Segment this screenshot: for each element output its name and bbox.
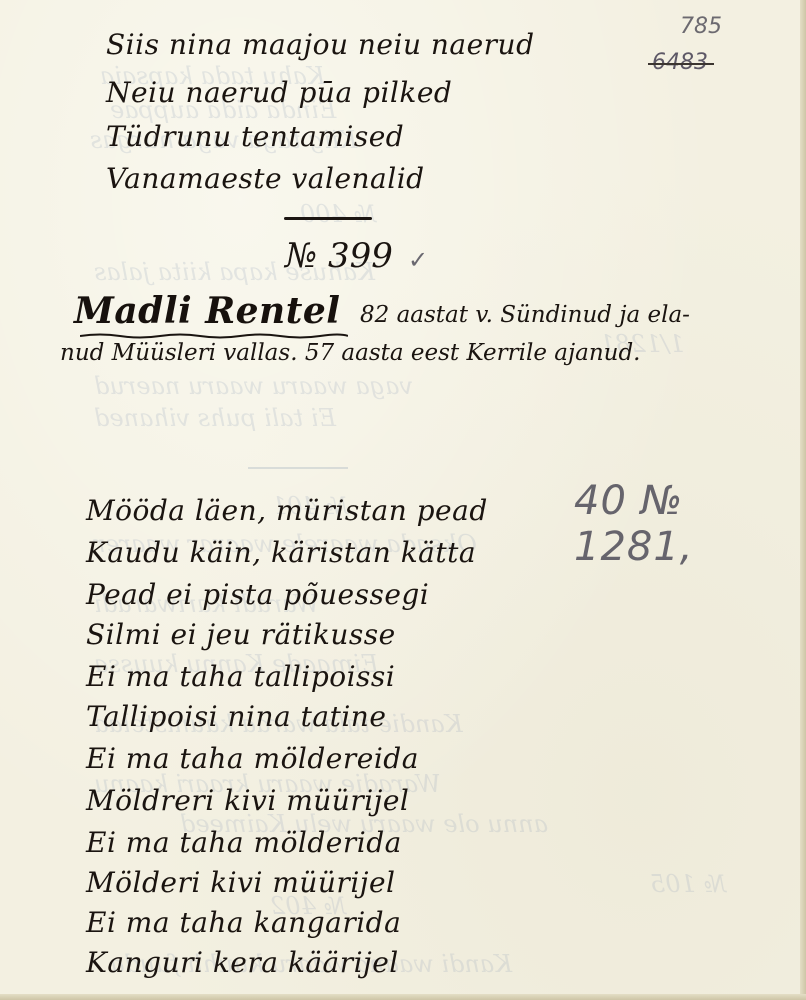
singer-info-line: nud Müüsleri vallas. 57 aasta eest Kerri… xyxy=(60,340,641,366)
manuscript-page: Kahu tada kapsaia Einda aida auppae Kiig… xyxy=(0,0,800,994)
bleed-through-text: № 105 xyxy=(650,870,726,898)
strikethrough-line xyxy=(648,63,714,65)
wavy-underline xyxy=(80,333,348,339)
verse-line: Ei ma taha möldereida xyxy=(86,742,419,775)
verse-line: Neiu naerud pūa pilked xyxy=(106,76,452,109)
bleed-through-text: vaga waaru waaru naerud xyxy=(94,372,413,400)
verse-line: Ei ma taha kangarida xyxy=(86,906,401,939)
verse-line: Siis nina maajou neiu naerud xyxy=(106,28,535,61)
archive-reference-number: 40 № 1281, xyxy=(574,478,800,570)
old-page-number-struck: 6483 xyxy=(652,50,708,75)
verse-line: Kanguri kera käärijel xyxy=(86,946,399,979)
verse-line: Möldreri kivi müürijel xyxy=(86,784,409,817)
page-number: 785 xyxy=(680,14,722,39)
check-mark-icon: ✓ xyxy=(408,246,428,274)
section-divider xyxy=(284,217,372,220)
page-edge-right xyxy=(800,0,806,1000)
verse-line: Ei ma taha mölderida xyxy=(86,826,402,859)
verse-line: Mööda läen, müristan pead xyxy=(86,494,488,527)
song-number: № 399 xyxy=(285,236,393,276)
verse-line: Ei ma taha tallipoissi xyxy=(86,660,395,693)
bleed-through-text: № 400 xyxy=(300,200,376,228)
verse-line: Silmi ei jeu rätikusse xyxy=(86,618,396,651)
verse-line: Pead ei pista põuessegi xyxy=(86,578,429,611)
verse-line: Tallipoisi nina tatine xyxy=(86,700,386,733)
verse-line: Mölderi kivi müürijel xyxy=(86,866,395,899)
page-edge-bottom xyxy=(0,994,806,1000)
singer-info-line: 82 aastat v. Sündinud ja ela- xyxy=(360,302,690,328)
bleed-through-text: Ei tali puhs vihaned xyxy=(94,404,336,432)
bleed-through-divider xyxy=(248,467,348,469)
verse-line: Kaudu käin, käristan kätta xyxy=(86,536,476,569)
verse-line: Tüdrunu tentamised xyxy=(106,120,404,153)
verse-line: Vanamaeste valenalid xyxy=(106,162,425,195)
singer-name: Madli Rentel xyxy=(74,290,340,332)
